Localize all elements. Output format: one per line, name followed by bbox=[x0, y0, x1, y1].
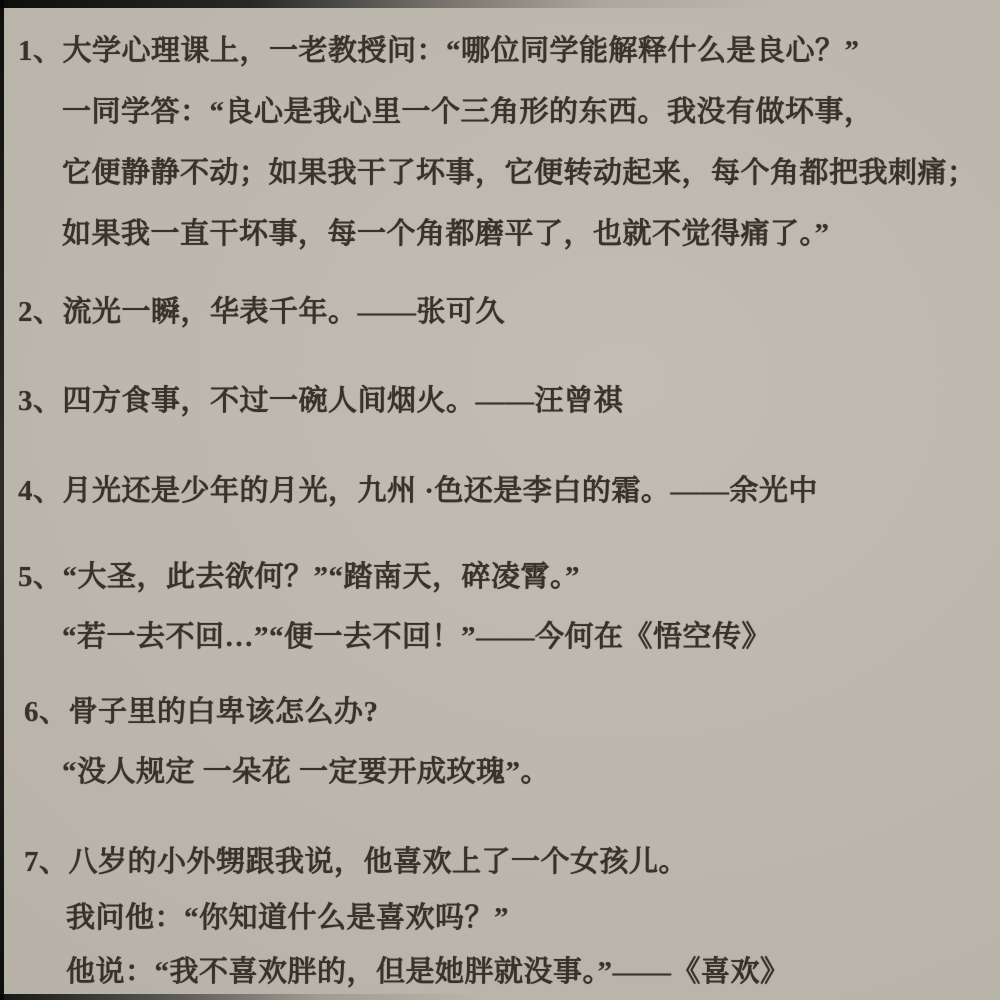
quote-5-line-1: 5、“大圣，此去欲何？”“踏南天，碎凌霄。” bbox=[18, 554, 580, 595]
document-page: 1、大学心理课上，一老教授问：“哪位同学能解释什么是良心？” 一同学答：“良心是… bbox=[0, 0, 1000, 1000]
photo-edge-top bbox=[0, 0, 1000, 8]
photo-edge-left bbox=[0, 0, 4, 1000]
quote-6-line-2: “没人规定 一朵花 一定要开成玫瑰”。 bbox=[62, 749, 550, 790]
quote-7-line-1: 7、八岁的小外甥跟我说，他喜欢上了一个女孩儿。 bbox=[24, 839, 688, 880]
quote-2-line-1: 2、流光一瞬，华表千年。——张可久 bbox=[18, 289, 505, 330]
quote-3-line-1: 3、四方食事，不过一碗人间烟火。——汪曾祺 bbox=[18, 378, 623, 419]
quote-5-line-2: “若一去不回…”“便一去不回！”——今何在《悟空传》 bbox=[62, 614, 771, 655]
quote-6-line-1: 6、骨子里的白卑该怎么办? bbox=[24, 689, 379, 730]
photo-edge-bottom bbox=[0, 994, 1000, 1000]
quote-4-line-1: 4、月光还是少年的月光，九州 ·色还是李白的霜。——余光中 bbox=[18, 468, 818, 509]
quote-7-line-3: 他说：“我不喜欢胖的，但是她胖就没事。”——《喜欢》 bbox=[66, 949, 790, 990]
quote-1-line-3: 它便静静不动；如果我干了坏事，它便转动起来，每个角都把我刺痛； bbox=[62, 150, 977, 191]
quote-1-line-1: 1、大学心理课上，一老教授问：“哪位同学能解释什么是良心？” bbox=[18, 28, 860, 69]
quote-1-line-2: 一同学答：“良心是我心里一个三角形的东西。我没有做坏事， bbox=[62, 89, 874, 130]
quote-1-line-4: 如果我一直干坏事，每一个角都磨平了，也就不觉得痛了。” bbox=[62, 211, 830, 252]
quote-7-line-2: 我问他：“你知道什么是喜欢吗？” bbox=[66, 895, 509, 936]
